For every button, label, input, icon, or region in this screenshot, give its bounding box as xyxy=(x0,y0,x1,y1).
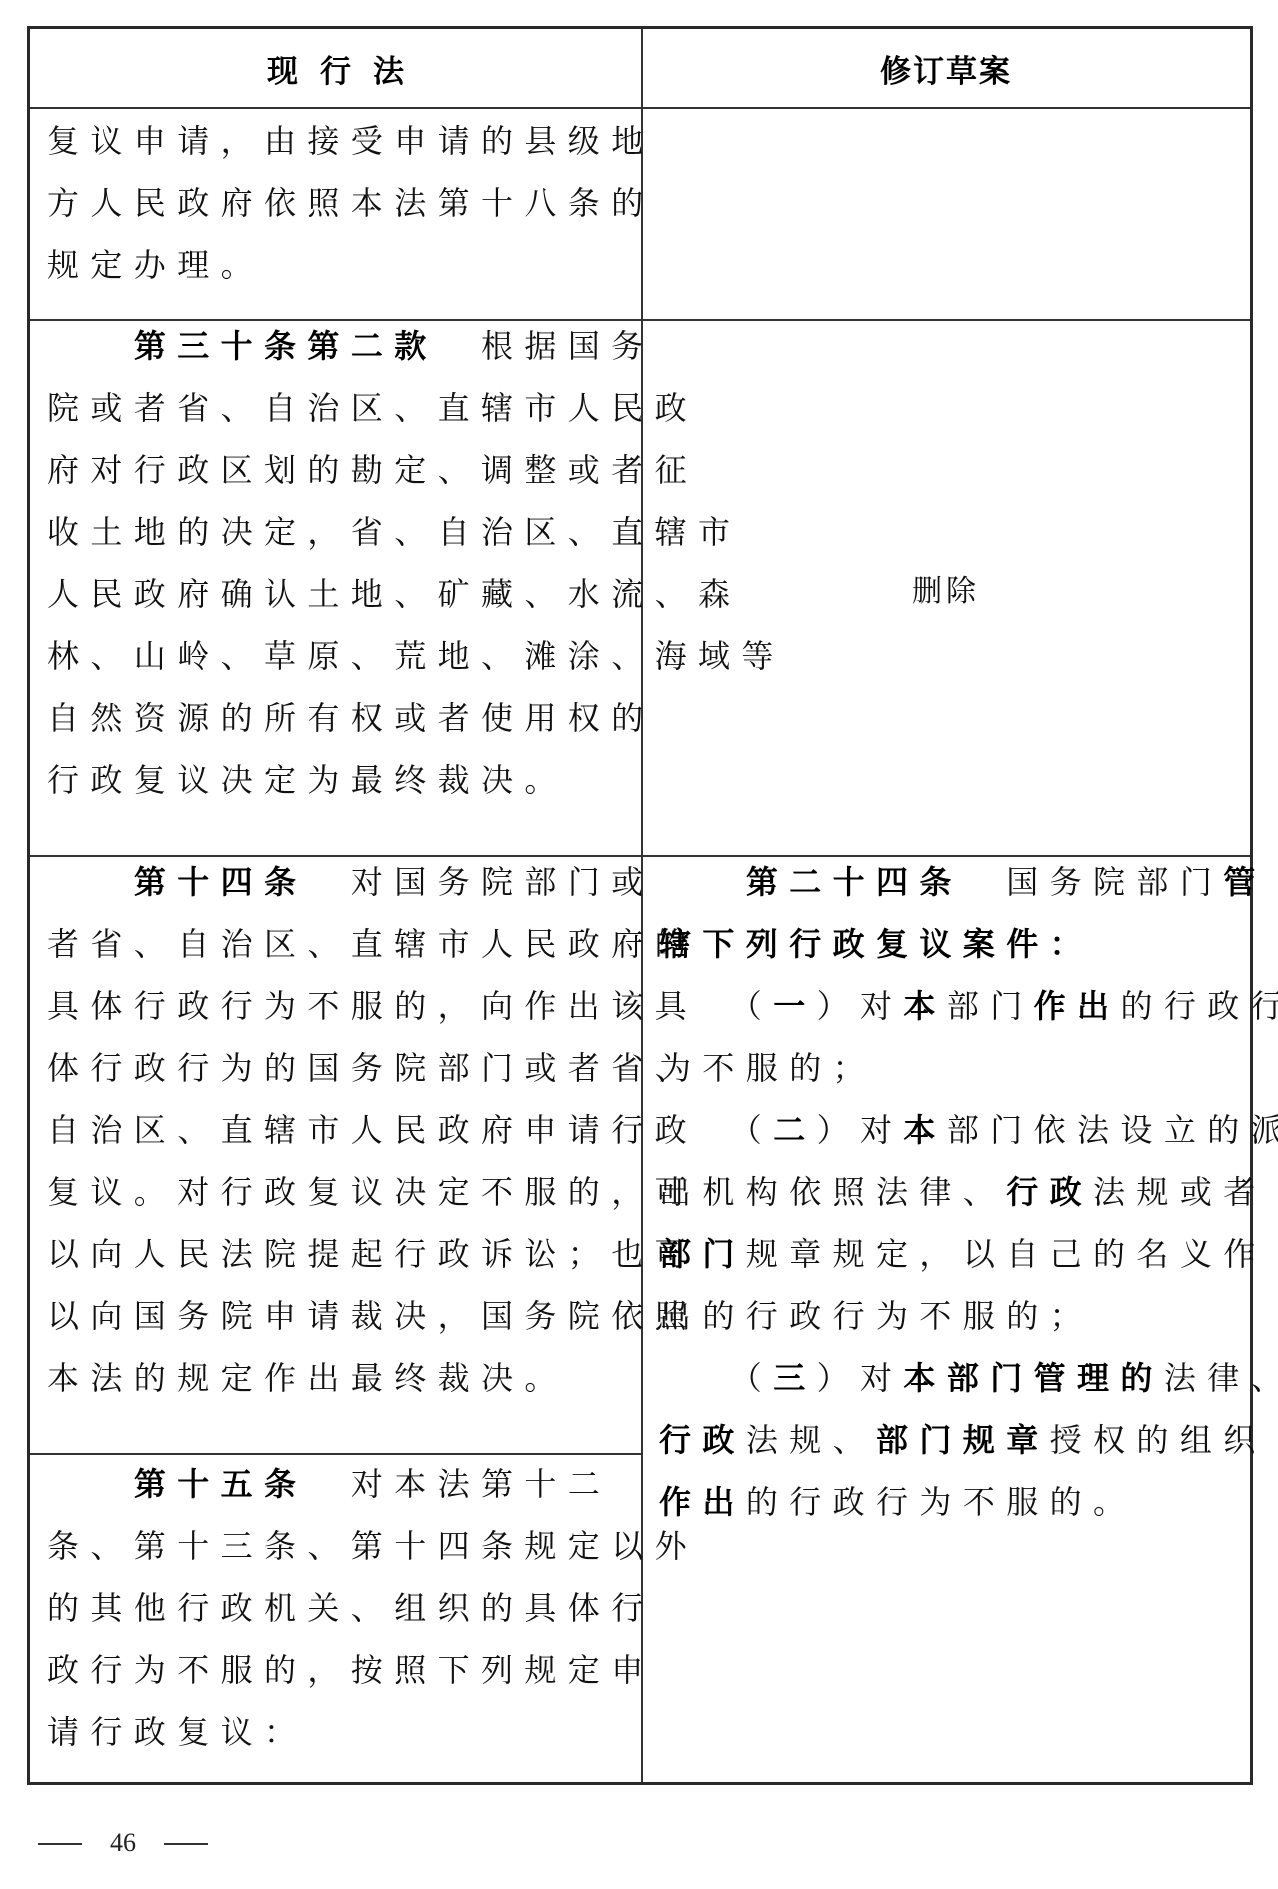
text-segment: 者省、自治区、直辖市人民政府的 xyxy=(47,925,698,963)
text-segment: 法律、 xyxy=(1164,1359,1278,1397)
text-segment: ）对 xyxy=(817,1111,904,1149)
text-segment: 对本法第十二 xyxy=(307,1465,611,1503)
text-line: 请行政复议： xyxy=(47,1701,641,1763)
bold-segment: 三 xyxy=(773,1359,816,1397)
text-block: 第二十四条 国务院部门管辖下列行政复议案件： （一）对本部门作出的行政行为不服的… xyxy=(659,851,1250,1533)
text-segment: 的行政行 xyxy=(1120,987,1278,1025)
bold-segment: 本部门管理的 xyxy=(903,1359,1163,1397)
text-segment: 对国务院部门或 xyxy=(307,863,654,901)
text-segment: 具体行政行为不服的，向作出该具 xyxy=(47,987,698,1025)
bold-segment: 第十五条 xyxy=(134,1465,308,1503)
text-line: 第三十条第二款 根据国务 xyxy=(47,315,641,377)
page-number-value: 46 xyxy=(110,1826,136,1860)
text-segment: ）对 xyxy=(817,1359,904,1397)
text-line: （一）对本部门作出的行政行 xyxy=(659,975,1250,1037)
text-segment: 以向国务院申请裁决，国务院依照 xyxy=(47,1297,698,1335)
row-1-revised-draft xyxy=(642,109,1250,319)
text-segment: 自然资源的所有权或者使用权的 xyxy=(47,699,655,737)
text-segment: 体行政行为的国务院部门或者省、 xyxy=(47,1049,698,1087)
text-line: （二）对本部门依法设立的派 xyxy=(659,1099,1250,1161)
text-line: 行政法规、部门规章授权的组织 xyxy=(659,1409,1250,1471)
text-segment: 本法的规定作出最终裁决。 xyxy=(47,1359,568,1397)
text-line: 行政复议决定为最终裁决。 xyxy=(47,749,641,811)
text-segment: 行政复议决定为最终裁决。 xyxy=(47,761,568,799)
text-block: 第十五条 对本法第十二条、第十三条、第十四条规定以外的其他行政机关、组织的具体行… xyxy=(47,1453,641,1763)
text-segment xyxy=(659,863,746,901)
text-line: 规定办理。 xyxy=(47,234,641,296)
text-line: 条、第十三条、第十四条规定以外 xyxy=(47,1515,641,1577)
header-current-law: 现行法 xyxy=(30,29,641,107)
bold-segment: 本 xyxy=(903,987,946,1025)
text-segment: 府对行政区划的勘定、调整或者征 xyxy=(47,451,698,489)
text-segment: 自治区、直辖市人民政府申请行政 xyxy=(47,1111,698,1149)
text-segment: 根据国务 xyxy=(438,327,655,365)
header-revised-draft: 修订草案 xyxy=(642,29,1250,107)
text-segment: 人民政府确认土地、矿藏、水流、森 xyxy=(47,575,741,613)
text-line: 自然资源的所有权或者使用权的 xyxy=(47,687,641,749)
text-segment: （ xyxy=(659,1111,773,1149)
text-line: 具体行政行为不服的，向作出该具 xyxy=(47,975,641,1037)
bold-segment: 作出 xyxy=(1034,987,1121,1025)
bold-segment: 行政 xyxy=(659,1421,746,1459)
bold-segment: 行政 xyxy=(1006,1173,1093,1211)
text-line: 第十四条 对国务院部门或 xyxy=(47,851,641,913)
text-line: 第十五条 对本法第十二 xyxy=(47,1453,641,1515)
text-line: 林、山岭、草原、荒地、滩涂、海域等 xyxy=(47,625,641,687)
text-segment: 法规、 xyxy=(746,1421,876,1459)
text-segment: （ xyxy=(659,987,773,1025)
text-segment: 法规或者 xyxy=(1093,1173,1267,1211)
text-line: 院或者省、自治区、直辖市人民政 xyxy=(47,377,641,439)
text-line: 复议。对行政复议决定不服的，可 xyxy=(47,1161,641,1223)
text-segment: （ xyxy=(659,1359,773,1397)
text-segment xyxy=(47,327,134,365)
text-line: 人民政府确认土地、矿藏、水流、森 xyxy=(47,563,641,625)
text-segment: 国务院部门 xyxy=(963,863,1223,901)
text-block: 第三十条第二款 根据国务院或者省、自治区、直辖市人民政府对行政区划的勘定、调整或… xyxy=(47,315,641,811)
text-segment xyxy=(47,1465,134,1503)
deleted-label: 删除 xyxy=(912,566,980,610)
text-block: 复议申请，由接受申请的县级地方人民政府依照本法第十八条的规定办理。 xyxy=(47,110,641,296)
row-1-current-law: 复议申请，由接受申请的县级地方人民政府依照本法第十八条的规定办理。 xyxy=(30,109,641,319)
text-line: 出机构依照法律、行政法规或者 xyxy=(659,1161,1250,1223)
text-line: 第二十四条 国务院部门管 xyxy=(659,851,1250,913)
text-segment: 政行为不服的，按照下列规定申 xyxy=(47,1651,655,1689)
bold-segment: 本 xyxy=(903,1111,946,1149)
text-line: （三）对本部门管理的法律、 xyxy=(659,1347,1250,1409)
row-3-revised-draft: 第二十四条 国务院部门管辖下列行政复议案件： （一）对本部门作出的行政行为不服的… xyxy=(642,857,1250,1783)
text-line: 本法的规定作出最终裁决。 xyxy=(47,1347,641,1409)
text-line: 出的行政行为不服的； xyxy=(659,1285,1250,1347)
page-number: 46 xyxy=(38,1826,208,1860)
text-line: 者省、自治区、直辖市人民政府的 xyxy=(47,913,641,975)
comparison-table: 现行法 修订草案 复议申请，由接受申请的县级地方人民政府依照本法第十八条的规定办… xyxy=(27,26,1253,1785)
bold-segment: 二 xyxy=(773,1111,816,1149)
text-line: 体行政行为的国务院部门或者省、 xyxy=(47,1037,641,1099)
dash-left xyxy=(38,1843,82,1845)
text-segment: 规定办理。 xyxy=(47,246,264,284)
text-line: 自治区、直辖市人民政府申请行政 xyxy=(47,1099,641,1161)
text-segment: 请行政复议： xyxy=(47,1713,307,1751)
text-segment: 院或者省、自治区、直辖市人民政 xyxy=(47,389,698,427)
text-segment: 复议。对行政复议决定不服的，可 xyxy=(47,1173,698,1211)
bold-segment: 部门规章 xyxy=(876,1421,1050,1459)
row-3-current-law: 第十四条 对国务院部门或者省、自治区、直辖市人民政府的具体行政行为不服的，向作出… xyxy=(30,857,641,1453)
bold-segment: 一 xyxy=(773,987,816,1025)
row-2-revised-draft: 删除 xyxy=(642,321,1250,855)
bold-segment: 部门 xyxy=(659,1235,746,1273)
text-line: 政行为不服的，按照下列规定申 xyxy=(47,1639,641,1701)
text-segment: 规章规定，以自己的名义作 xyxy=(746,1235,1267,1273)
row-2-current-law: 第三十条第二款 根据国务院或者省、自治区、直辖市人民政府对行政区划的勘定、调整或… xyxy=(30,321,641,855)
bold-segment: 作出 xyxy=(659,1483,746,1521)
text-line: 复议申请，由接受申请的县级地 xyxy=(47,110,641,172)
text-line: 府对行政区划的勘定、调整或者征 xyxy=(47,439,641,501)
bold-segment: 辖下列行政复议案件： xyxy=(659,925,1093,963)
text-line: 部门规章规定，以自己的名义作 xyxy=(659,1223,1250,1285)
text-line: 以向国务院申请裁决，国务院依照 xyxy=(47,1285,641,1347)
document-page: 现行法 修订草案 复议申请，由接受申请的县级地方人民政府依照本法第十八条的规定办… xyxy=(0,0,1278,1889)
dash-right xyxy=(164,1843,208,1845)
text-segment: 出的行政行为不服的； xyxy=(659,1297,1093,1335)
bold-segment: 第三十条第二款 xyxy=(134,327,438,365)
text-segment: 收土地的决定，省、自治区、直辖市 xyxy=(47,513,741,551)
text-segment: 方人民政府依照本法第十八条的 xyxy=(47,184,655,222)
text-line: 作出的行政行为不服的。 xyxy=(659,1471,1250,1533)
text-segment: 部门 xyxy=(947,987,1034,1025)
text-line: 方人民政府依照本法第十八条的 xyxy=(47,172,641,234)
text-segment: 为不服的； xyxy=(659,1049,876,1087)
bold-segment: 管 xyxy=(1223,863,1266,901)
row-4-current-law: 第十五条 对本法第十二条、第十三条、第十四条规定以外的其他行政机关、组织的具体行… xyxy=(30,1455,641,1783)
text-segment: 授权的组织 xyxy=(1050,1421,1267,1459)
text-segment: ）对 xyxy=(817,987,904,1025)
text-line: 以向人民法院提起行政诉讼；也可 xyxy=(47,1223,641,1285)
text-segment: 部门依法设立的派 xyxy=(947,1111,1278,1149)
text-line: 辖下列行政复议案件： xyxy=(659,913,1250,975)
text-segment: 条、第十三条、第十四条规定以外 xyxy=(47,1527,698,1565)
text-segment: 的行政行为不服的。 xyxy=(746,1483,1137,1521)
text-segment: 复议申请，由接受申请的县级地 xyxy=(47,122,655,160)
header-revised-draft-label: 修订草案 xyxy=(880,46,1012,91)
text-segment: 以向人民法院提起行政诉讼；也可 xyxy=(47,1235,698,1273)
text-line: 为不服的； xyxy=(659,1037,1250,1099)
text-segment: 的其他行政机关、组织的具体行 xyxy=(47,1589,655,1627)
bold-segment: 第十四条 xyxy=(134,863,308,901)
text-block: 第十四条 对国务院部门或者省、自治区、直辖市人民政府的具体行政行为不服的，向作出… xyxy=(47,851,641,1409)
header-current-law-label: 现行法 xyxy=(245,46,426,91)
text-line: 的其他行政机关、组织的具体行 xyxy=(47,1577,641,1639)
text-segment xyxy=(47,863,134,901)
text-segment: 出机构依照法律、 xyxy=(659,1173,1006,1211)
text-line: 收土地的决定，省、自治区、直辖市 xyxy=(47,501,641,563)
bold-segment: 第二十四条 xyxy=(746,863,963,901)
